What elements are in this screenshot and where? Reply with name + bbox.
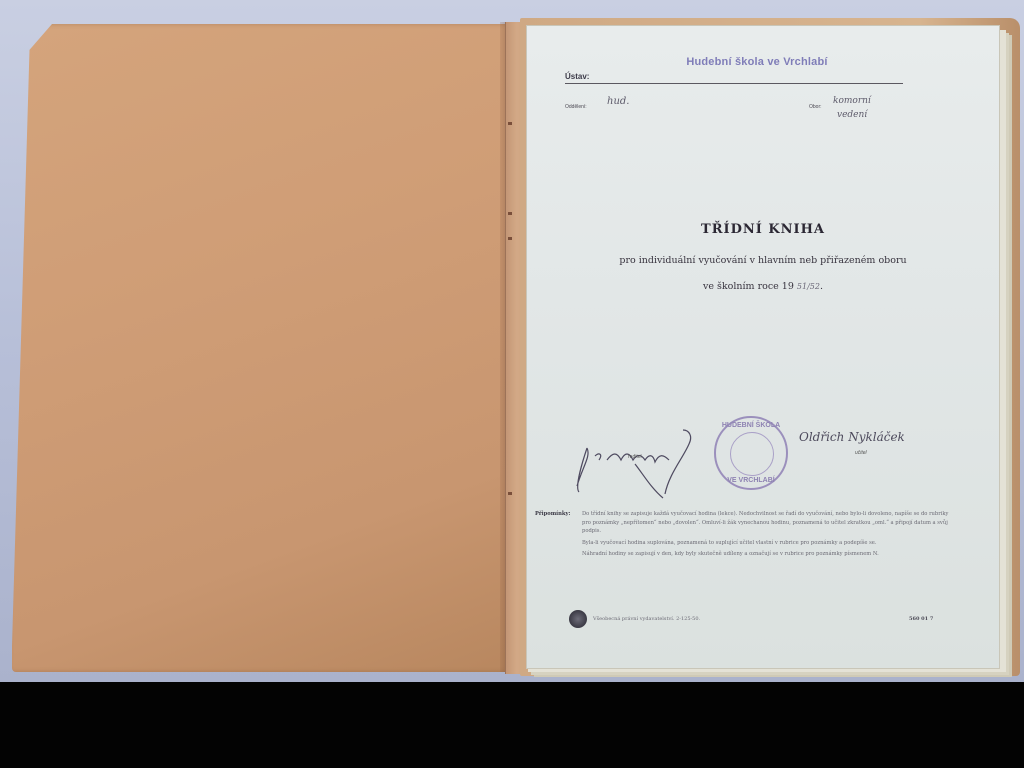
director-role-label: ředitel bbox=[628, 454, 642, 460]
form-code: 560 01 7 bbox=[909, 616, 933, 622]
field-value-line2: vedení bbox=[837, 110, 867, 120]
dark-foreground bbox=[0, 682, 1024, 768]
document-subtitle: pro individuální vyučování v hlavním neb… bbox=[527, 255, 999, 266]
department-label: Oddělení: bbox=[565, 104, 587, 110]
school-round-stamp: HUDEBNÍ ŠKOLA VE VRCHLABÍ bbox=[714, 416, 788, 490]
note-paragraph: Náhradní hodiny se zapisují v den, kdy b… bbox=[582, 550, 952, 559]
stitch-mark bbox=[508, 492, 512, 495]
notes-section: Připomínky: Do třídní knihy se zapisuje … bbox=[535, 510, 955, 562]
folder-left-cover bbox=[12, 24, 512, 672]
year-prefix: ve školním roce 19 bbox=[703, 281, 794, 292]
school-year-line: ve školním roce 19 51/52. bbox=[527, 281, 999, 292]
document-title: TŘÍDNÍ KNIHA bbox=[527, 222, 999, 237]
stitch-mark bbox=[508, 122, 512, 125]
field-value-line1: komorní bbox=[833, 96, 871, 106]
institution-label: Ústav: bbox=[565, 72, 589, 81]
school-header-stamp: Hudební škola ve Vrchlabí bbox=[657, 56, 857, 68]
publisher-logo-icon bbox=[569, 610, 587, 628]
field-label: Obor: bbox=[809, 104, 822, 110]
stamp-text-top: HUDEBNÍ ŠKOLA bbox=[716, 422, 786, 429]
stitch-mark bbox=[508, 237, 512, 240]
stamp-text-bottom: VE VRCHLABÍ bbox=[716, 477, 786, 484]
year-suffix: . bbox=[820, 281, 823, 292]
teacher-role-label: učitel bbox=[855, 450, 867, 456]
title-page: Hudební škola ve Vrchlabí Ústav: Oddělen… bbox=[527, 26, 999, 668]
institution-rule bbox=[565, 83, 903, 84]
publisher-imprint: Všeobecná právní vydavatelství. 2-125-50… bbox=[593, 616, 700, 622]
note-paragraph: Byla-li vyučovací hodina suplována, pozn… bbox=[582, 539, 952, 548]
director-signature-icon bbox=[573, 426, 713, 506]
year-handwritten: 51/52 bbox=[797, 282, 820, 291]
teacher-signature: Oldřich Nykláček bbox=[799, 430, 905, 444]
department-value: hud. bbox=[607, 96, 629, 107]
note-paragraph: Do třídní knihy se zapisuje každá vyučov… bbox=[582, 510, 952, 536]
stitch-mark bbox=[508, 212, 512, 215]
notes-label: Připomínky: bbox=[535, 510, 582, 519]
